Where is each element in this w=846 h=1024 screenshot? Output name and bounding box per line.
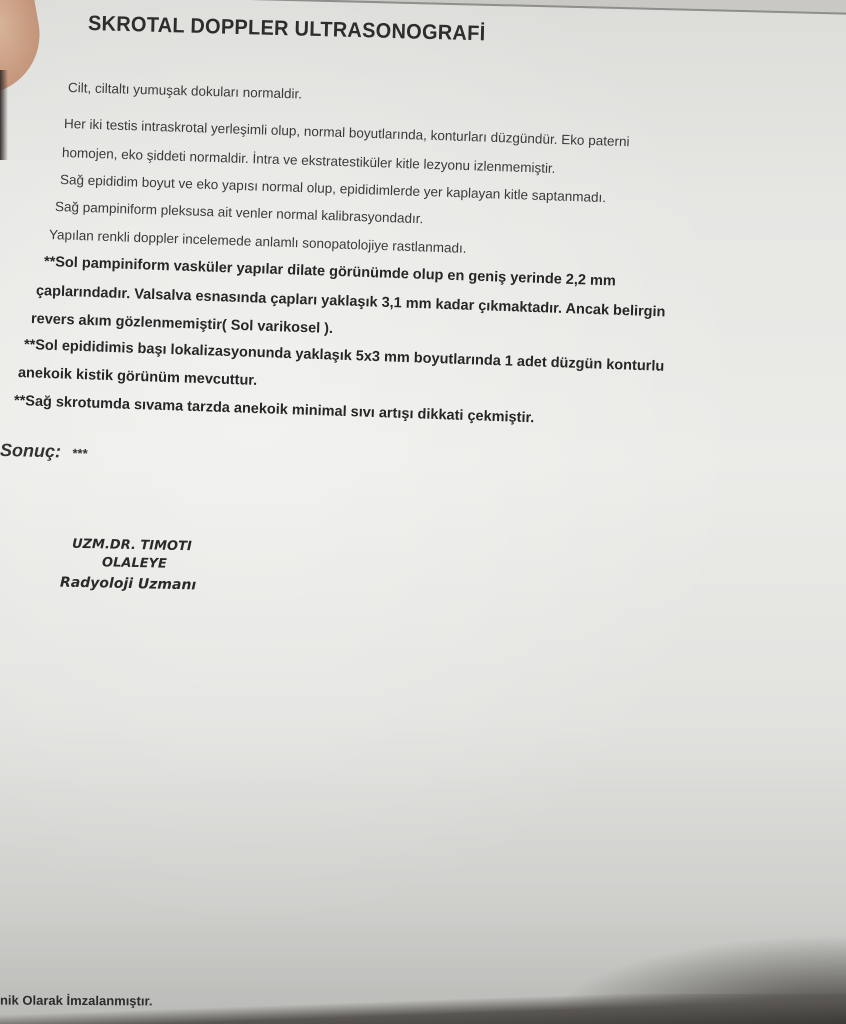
finding-cystic: anekoik kistik görünüm mevcuttur. bbox=[18, 365, 258, 389]
conclusion-value: *** bbox=[72, 446, 88, 461]
conclusion: Sonuç: *** bbox=[0, 440, 87, 463]
signature-name-line2: OLALEYE bbox=[102, 555, 167, 571]
paragraph-echo: homojen, eko şiddeti normaldir. İntra ve… bbox=[62, 145, 556, 176]
finding-right-scrotum: **Sağ skrotumda sıvama tarzda anekoik mi… bbox=[14, 393, 535, 426]
paragraph-testes: Her iki testis intraskrotal yerleşimli o… bbox=[64, 116, 630, 149]
finding-reverse-flow: revers akım gözlenmemiştir( Sol varikose… bbox=[31, 311, 334, 337]
paragraph-doppler: Yapılan renkli doppler incelemede anlaml… bbox=[49, 227, 467, 256]
signature-name-line1: UZM.DR. TIMOTI bbox=[72, 537, 192, 555]
report-document: SKROTAL DOPPLER ULTRASONOGRAFİ Cilt, cil… bbox=[0, 0, 846, 1024]
report-title: SKROTAL DOPPLER ULTRASONOGRAFİ bbox=[88, 12, 486, 46]
conclusion-label: Sonuç: bbox=[0, 440, 61, 461]
paragraph-plexus: Sağ pampiniform pleksusa ait venler norm… bbox=[55, 199, 424, 226]
bottom-background bbox=[0, 994, 846, 1024]
paragraph-skin: Cilt, ciltaltı yumuşak dokuları normaldi… bbox=[68, 80, 302, 102]
paragraph-epididymis: Sağ epididim boyut ve eko yapısı normal … bbox=[60, 172, 607, 205]
signature-role: Radyoloji Uzmanı bbox=[60, 575, 197, 594]
finding-left-pampiniform: **Sol pampiniform vasküler yapılar dilat… bbox=[44, 254, 616, 289]
